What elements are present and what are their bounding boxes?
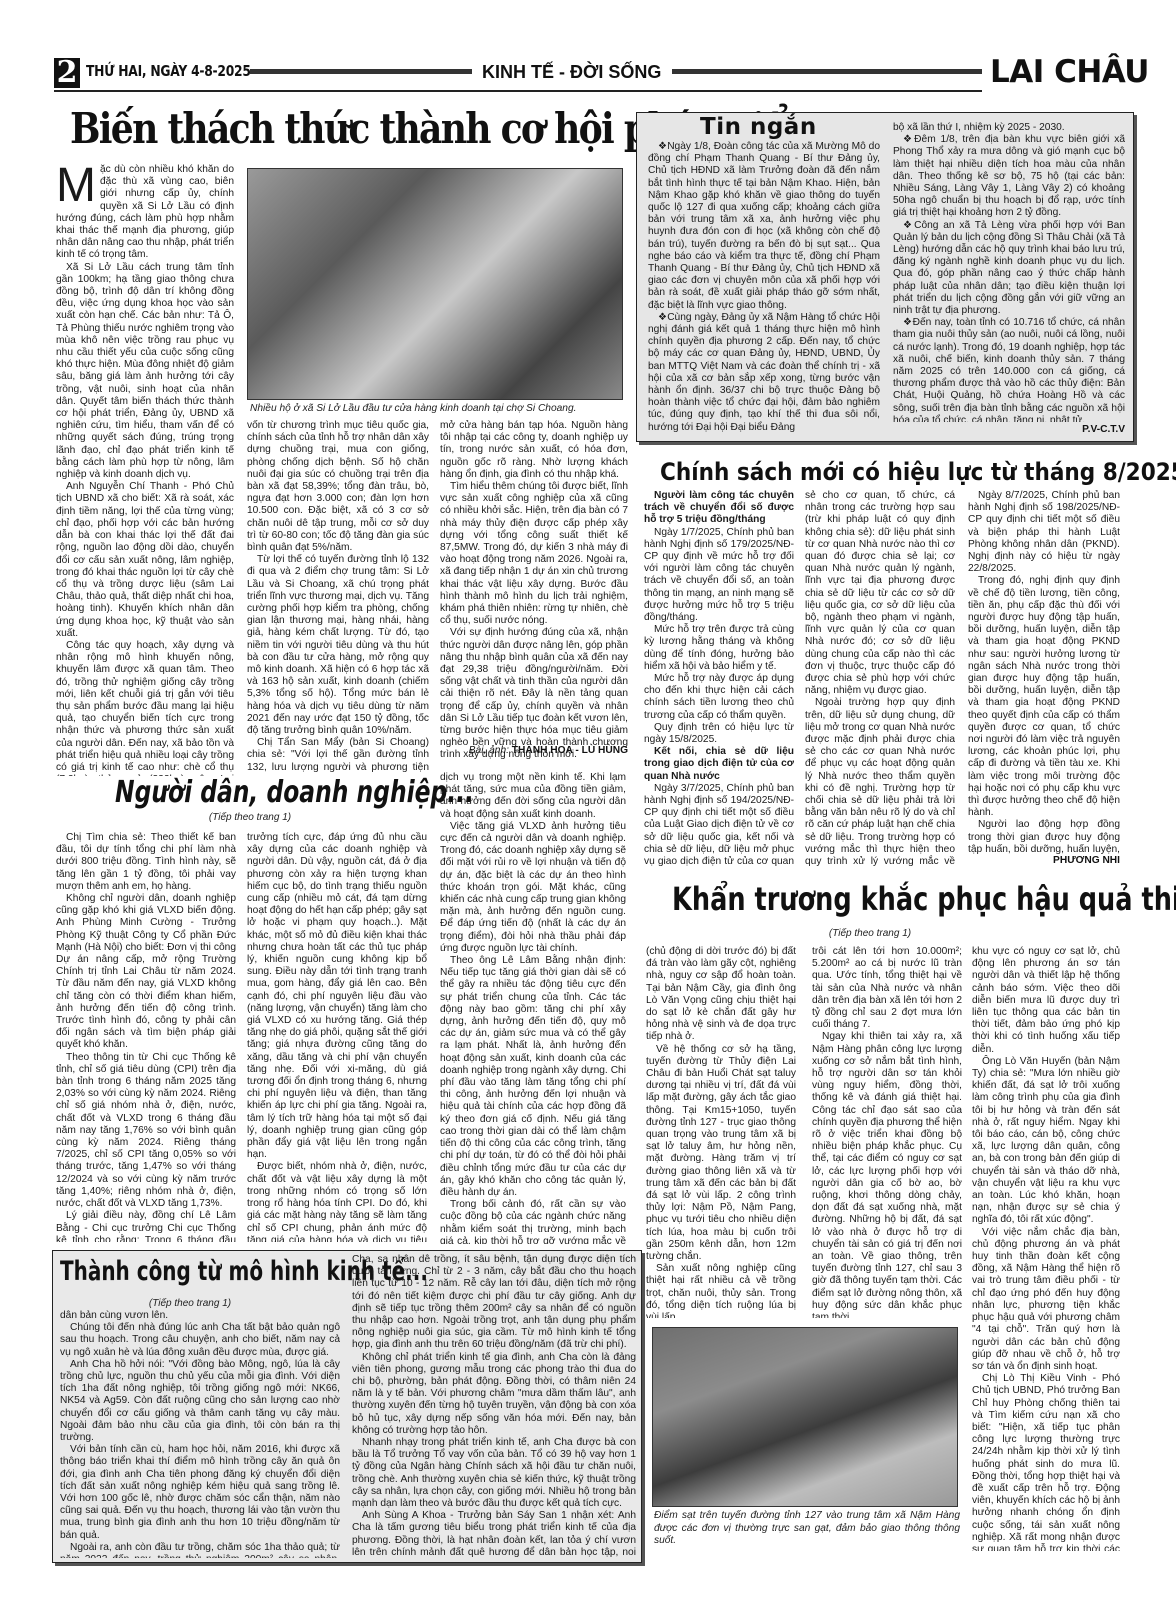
- chinh-sach-byline: PHƯƠNG NHI: [968, 855, 1120, 866]
- drop-cap: M: [56, 166, 96, 206]
- continued-note: (Tiếp theo trang 1): [100, 812, 400, 823]
- paragraph: trưởng tích cực, đáp ứng đủ nhu cầu xây …: [247, 832, 427, 1161]
- chinh-sach-column-2: sẻ cho cơ quan, tổ chức, cá nhân trong c…: [805, 490, 955, 868]
- chinh-sach-column-3: Ngày 8/7/2025, Chính phủ ban hành Nghị đ…: [968, 490, 1120, 855]
- paragraph: Không chỉ phát triển kinh tế gia đình, a…: [352, 1352, 636, 1437]
- article1-column-3: mở cửa hàng bán tạp hóa. Nguồn hàng tôi …: [440, 420, 628, 760]
- paragraph: Không chỉ người dân, doanh nghiệp cũng g…: [56, 893, 236, 1052]
- page-number: 2: [54, 58, 80, 88]
- news-item: ❖Công an xã Tả Lèng vừa phối hợp với Ban…: [893, 220, 1125, 318]
- paragraph: Lý giải điều này, đồng chí Lê Lâm Bằng -…: [56, 1210, 236, 1242]
- paragraph: Anh Cha hồ hởi nói: "Với đồng bào Mông, …: [60, 1359, 340, 1444]
- headline-khan-truong: Khẩn trương khắc phục hậu quả thiên tai: [672, 880, 1176, 918]
- paragraph: Theo ông Lê Lâm Bằng nhận định: Nếu tiếp…: [440, 955, 626, 1199]
- paragraph: Ngoài trường hợp quy định trên, dữ liệu …: [805, 697, 955, 868]
- paragraph: Mức hỗ trợ trên được trả cùng kỳ lương h…: [644, 624, 794, 673]
- photo-caption: Nhiều hộ ở xã Si Lở Lầu đầu tư cửa hàng …: [250, 403, 626, 416]
- paragraph: Công tác quy hoạch, xây dựng và nhân rộn…: [56, 640, 234, 776]
- news-item: ❖Đến nay, toàn tỉnh có 10.716 tổ chức, c…: [893, 317, 1125, 422]
- paragraph: Được biết, nhóm nhà ở, điện, nước, chất …: [247, 1161, 427, 1242]
- byline-prefix: Bài, ảnh:: [469, 745, 509, 756]
- paragraph: Nhanh nhạy trong phát triển kinh tế, anh…: [352, 1437, 636, 1510]
- article1-byline: Bài, ảnh: THANH HOA - LÙ HÙNG: [440, 745, 628, 756]
- khan-truong-column-2: trôi cát lên tới hơn 10.000m²; 5.200m² a…: [812, 946, 962, 1318]
- paragraph: Trong bối cảnh đó, rất cần sự vào cuộc đ…: [440, 1199, 626, 1244]
- paragraph: Với việc nắm chắc địa bàn, chủ động phươ…: [972, 1227, 1120, 1373]
- landslide-photo: [652, 1327, 958, 1507]
- header-rule-left: [250, 69, 472, 74]
- news-item: bộ xã lần thứ I, nhiệm kỳ 2025 - 2030.: [893, 122, 1125, 134]
- paragraph: Ngày 1/7/2025, Chính phủ ban hành Nghị đ…: [644, 527, 794, 625]
- paragraph: Theo thông tin từ Chi cục Thống kê tỉnh,…: [56, 1052, 236, 1211]
- paragraph: Chị Tìm chia sẻ: Theo thiết kế ban đầu, …: [56, 832, 236, 893]
- paragraph: Ngày 3/7/2025, Chính phủ ban hành Nghị đ…: [644, 783, 794, 868]
- paragraph: Người lao động hợp đồng trong thời gian …: [968, 819, 1120, 855]
- paragraph: Với sự định hướng đúng của xã, nhận thức…: [440, 627, 628, 760]
- paragraph: Xã Si Lở Lầu cách trung tâm tỉnh gần 100…: [56, 262, 234, 482]
- paragraph: khu vực có nguy cơ sạt lở, chủ động lên …: [972, 946, 1120, 1056]
- continued-note: (Tiếp theo trang 1): [90, 1298, 290, 1309]
- paragraph: Sản xuất nông nghiệp cũng thiệt hại rất …: [646, 1263, 796, 1318]
- nguoi-dan-column-1: Chị Tìm chia sẻ: Theo thiết kế ban đầu, …: [56, 832, 236, 1242]
- thanh-cong-column-1: dân bản cùng vươn lên. Chúng tôi đến nhà…: [60, 1310, 340, 1558]
- article1-column-1: M ặc dù còn nhiều khó khăn do đặc thù xã…: [56, 164, 234, 776]
- tin-ngan-title: Tin ngắn: [700, 114, 817, 140]
- khan-truong-column-1: (chủ động di dời trước đó) bị đất đá trà…: [646, 946, 796, 1318]
- chinh-sach-column-1: Người làm công tác chuyên trách về chuyể…: [644, 490, 794, 868]
- newspaper-name: LAI CHÂU: [990, 54, 1149, 90]
- paragraph: Quy định trên có hiệu lực từ ngày 15/8/2…: [644, 722, 794, 746]
- byline-author: THANH HOA - LÙ HÙNG: [512, 745, 628, 756]
- paragraph: mở cửa hàng bán tạp hóa. Nguồn hàng tôi …: [440, 420, 628, 481]
- nguoi-dan-column-3: dịch vụ trong một nền kinh tế. Khi lạm p…: [440, 772, 626, 1244]
- paragraph: Việc tăng giá VLXD ảnh hưởng tiêu cực đế…: [440, 821, 626, 955]
- paragraph: Tìm hiểu thêm chúng tôi được biết, lĩnh …: [440, 481, 628, 627]
- paragraph: Về hệ thống cơ sở hạ tầng, tuyến đường t…: [646, 1044, 796, 1264]
- paragraph: (chủ động di dời trước đó) bị đất đá trà…: [646, 946, 796, 1044]
- tin-ngan-byline: P.V-C.T.V: [893, 424, 1125, 435]
- headline-nguoi-dan: Người dân, doanh nghiệp...: [115, 775, 474, 810]
- market-photo: [247, 168, 623, 400]
- paragraph: Chị Tẩn San Mẩy (bản Si Choang) chia sẻ:…: [247, 737, 429, 772]
- paragraph: Anh Nguyễn Chí Thanh - Phó Chủ tịch UBND…: [56, 481, 234, 640]
- paragraph: vốn từ chương trình mục tiêu quốc gia, c…: [247, 420, 429, 554]
- continued-note: (Tiếp theo trang 1): [760, 928, 980, 939]
- nguoi-dan-column-2: trưởng tích cực, đáp ứng đủ nhu cầu xây …: [247, 832, 427, 1242]
- paragraph: trôi cát lên tới hơn 10.000m²; 5.200m² a…: [812, 946, 962, 1031]
- paragraph: Chị Lò Thị Kiều Vinh - Phó Chủ tịch UBND…: [972, 1373, 1120, 1551]
- tin-ngan-column-2: bộ xã lần thứ I, nhiệm kỳ 2025 - 2030. ❖…: [893, 122, 1125, 422]
- header-underline: [54, 90, 982, 92]
- tin-ngan-column-1: ❖Ngày 1/8, Đoàn công tác của xã Mường Mô…: [648, 141, 880, 441]
- headline-chinh-sach: Chính sách mới có hiệu lực từ tháng 8/20…: [660, 458, 1176, 486]
- paragraph: Ngoài ra, anh còn đầu tư trồng, chăm sóc…: [60, 1542, 340, 1558]
- subheading: Người làm công tác chuyên trách về chuyể…: [644, 490, 794, 527]
- article1-column-2: vốn từ chương trình mục tiêu quốc gia, c…: [247, 420, 429, 772]
- paragraph: Cha, sa nhân dễ trồng, ít sâu bệnh, tận …: [352, 1254, 636, 1352]
- news-item: ❖Cùng ngày, Đảng ủy xã Nậm Hàng tổ chức …: [648, 312, 880, 434]
- paragraph: Với bản tính cần cù, ham học hỏi, năm 20…: [60, 1444, 340, 1542]
- headline-bien-thach-thuc: Biến thách thức thành cơ hội phát triển: [70, 104, 552, 154]
- photo-caption: Điểm sạt trên tuyến đường tỉnh 127 vào t…: [654, 1510, 960, 1548]
- paragraph: Mức hỗ trợ này được áp dụng cho đến khi …: [644, 673, 794, 722]
- paragraph: Ngay khi thiên tai xảy ra, xã Nậm Hàng p…: [812, 1031, 962, 1318]
- paragraph: Anh Sùng A Khoa - Trưởng bản Sáy San 1 n…: [352, 1510, 636, 1558]
- news-item: ❖Đêm 1/8, trên địa bàn khu vực biên giới…: [893, 134, 1125, 219]
- paragraph: Ngày 8/7/2025, Chính phủ ban hành Nghị đ…: [968, 490, 1120, 575]
- thanh-cong-column-2: Cha, sa nhân dễ trồng, ít sâu bệnh, tận …: [352, 1254, 636, 1558]
- issue-date: THỨ HAI, NGÀY 4-8-2025: [86, 62, 251, 80]
- paragraph: sẻ cho cơ quan, tổ chức, cá nhân trong c…: [805, 490, 955, 697]
- paragraph: Ông Lò Văn Huyến (bản Nậm Ty) chia sẻ: "…: [972, 1056, 1120, 1227]
- paragraph: Trong đó, nghị định quy định về chế độ t…: [968, 575, 1120, 819]
- subheading: Kết nối, chia sẻ dữ liệu trong giao dịch…: [644, 746, 794, 783]
- paragraph: Từ lợi thế có tuyến đường tỉnh lộ 132 đi…: [247, 554, 429, 737]
- paragraph: Chúng tôi đến nhà đúng lúc anh Cha tất b…: [60, 1322, 340, 1359]
- news-item: ❖Ngày 1/8, Đoàn công tác của xã Mường Mô…: [648, 141, 880, 312]
- paragraph: dịch vụ trong một nền kinh tế. Khi lạm p…: [440, 772, 626, 821]
- paragraph: dân bản cùng vươn lên.: [60, 1310, 340, 1322]
- section-title: KINH TẾ - ĐỜI SỐNG: [482, 62, 661, 83]
- khan-truong-column-3: khu vực có nguy cơ sạt lở, chủ động lên …: [972, 946, 1120, 1551]
- header-rule-right: [672, 69, 982, 74]
